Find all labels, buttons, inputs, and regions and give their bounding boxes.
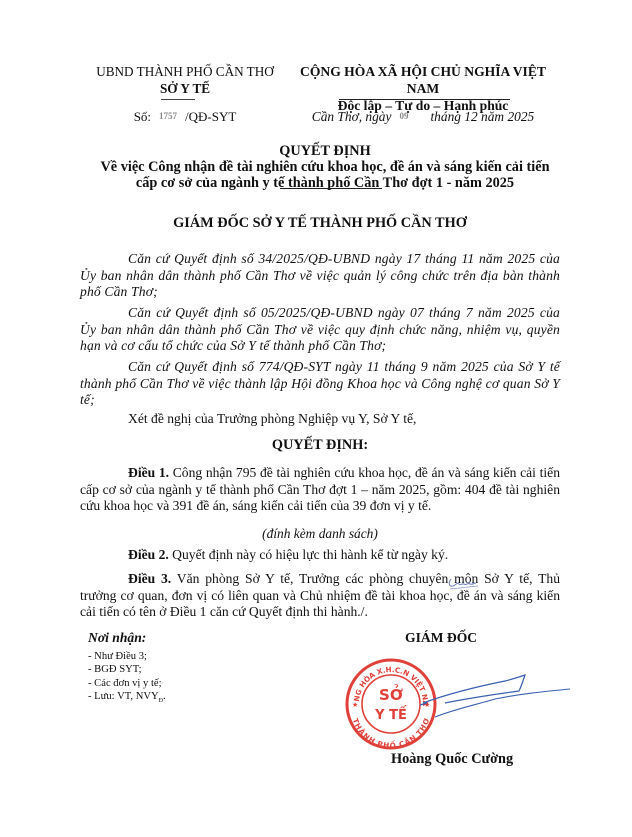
recipients-list: - Như Điều 3; - BGĐ SYT; - Các đơn vị y … — [88, 650, 166, 709]
recipient-item: - Các đơn vị y tế; — [88, 677, 166, 690]
basis-paragraph-2: Căn cứ Quyết định số 05/2025/QĐ-UBND ngà… — [80, 305, 560, 355]
signer-name: Hoàng Quốc Cường — [391, 751, 513, 768]
initial-mark-icon — [447, 575, 481, 591]
nation-name: CỘNG HÒA XÃ HỘI CHỦ NGHĨA VIỆT NAM — [283, 63, 563, 97]
recipients-title: Nơi nhận: — [88, 630, 146, 646]
title-underline — [280, 188, 382, 189]
number-prefix: Số: — [134, 109, 151, 124]
basis-paragraph-3: Căn cứ Quyết định số 774/QĐ-SYT ngày 11 … — [80, 359, 560, 409]
svg-text:Y TẾ: Y TẾ — [374, 706, 407, 723]
agency-parent: UBND THÀNH PHỐ CẦN THƠ — [80, 63, 290, 80]
svg-text:SỞ: SỞ — [379, 683, 403, 704]
document-number: Số:1757/QĐ-SYT — [80, 109, 290, 125]
article-2: Điều 2. Quyết định này có hiệu lực thi h… — [80, 547, 560, 564]
issuing-authority: GIÁM ĐỐC SỞ Y TẾ THÀNH PHỐ CẦN THƠ — [80, 215, 560, 232]
recipient-item: - Lưu: VT, NVYĐ. — [88, 690, 166, 709]
decision-title-block: QUYẾT ĐỊNH Về việc Công nhận đề tài nghi… — [95, 143, 555, 191]
article-3: Điều 3. Văn phòng Sở Y tế, Trưởng các ph… — [80, 571, 560, 621]
basis-paragraph-1: Căn cứ Quyết định số 34/2025/QĐ-UBND ngà… — [80, 251, 560, 301]
svg-text:★: ★ — [352, 701, 358, 709]
article-1: Điều 1. Công nhận 795 đề tài nghiên cứu … — [80, 465, 560, 515]
document-date: Cần Thơ, ngày09tháng 12 năm 2025 — [283, 109, 563, 125]
decision-heading-2: QUYẾT ĐỊNH: — [80, 437, 560, 454]
recipient-item: - Như Điều 3; — [88, 650, 166, 663]
decision-heading: QUYẾT ĐỊNH — [95, 143, 555, 159]
motto-underline — [339, 99, 510, 100]
date-prefix: Cần Thơ, ngày — [312, 109, 392, 124]
national-header-block: CỘNG HÒA XÃ HỘI CHỦ NGHĨA VIỆT NAM Độc l… — [283, 63, 563, 114]
proposal-paragraph: Xét đề nghị của Trưởng phòng Nghiệp vụ Y… — [80, 411, 560, 428]
number-suffix: /QĐ-SYT — [185, 109, 236, 124]
agency-underline — [161, 99, 195, 100]
date-day: 09 — [399, 111, 408, 121]
handwritten-signature-icon — [415, 673, 575, 718]
attachment-note: (đính kèm danh sách) — [80, 526, 560, 542]
number-value: 1757 — [159, 111, 177, 121]
issuing-agency-block: UBND THÀNH PHỐ CẦN THƠ SỞ Y TẾ — [80, 63, 290, 97]
subject-line-1: Về việc Công nhận đề tài nghiên cứu khoa… — [95, 159, 555, 175]
date-suffix: tháng 12 năm 2025 — [430, 109, 534, 124]
signer-title: GIÁM ĐỐC — [405, 630, 477, 646]
recipient-item: - BGĐ SYT; — [88, 663, 166, 676]
agency-name: SỞ Y TẾ — [80, 80, 290, 97]
